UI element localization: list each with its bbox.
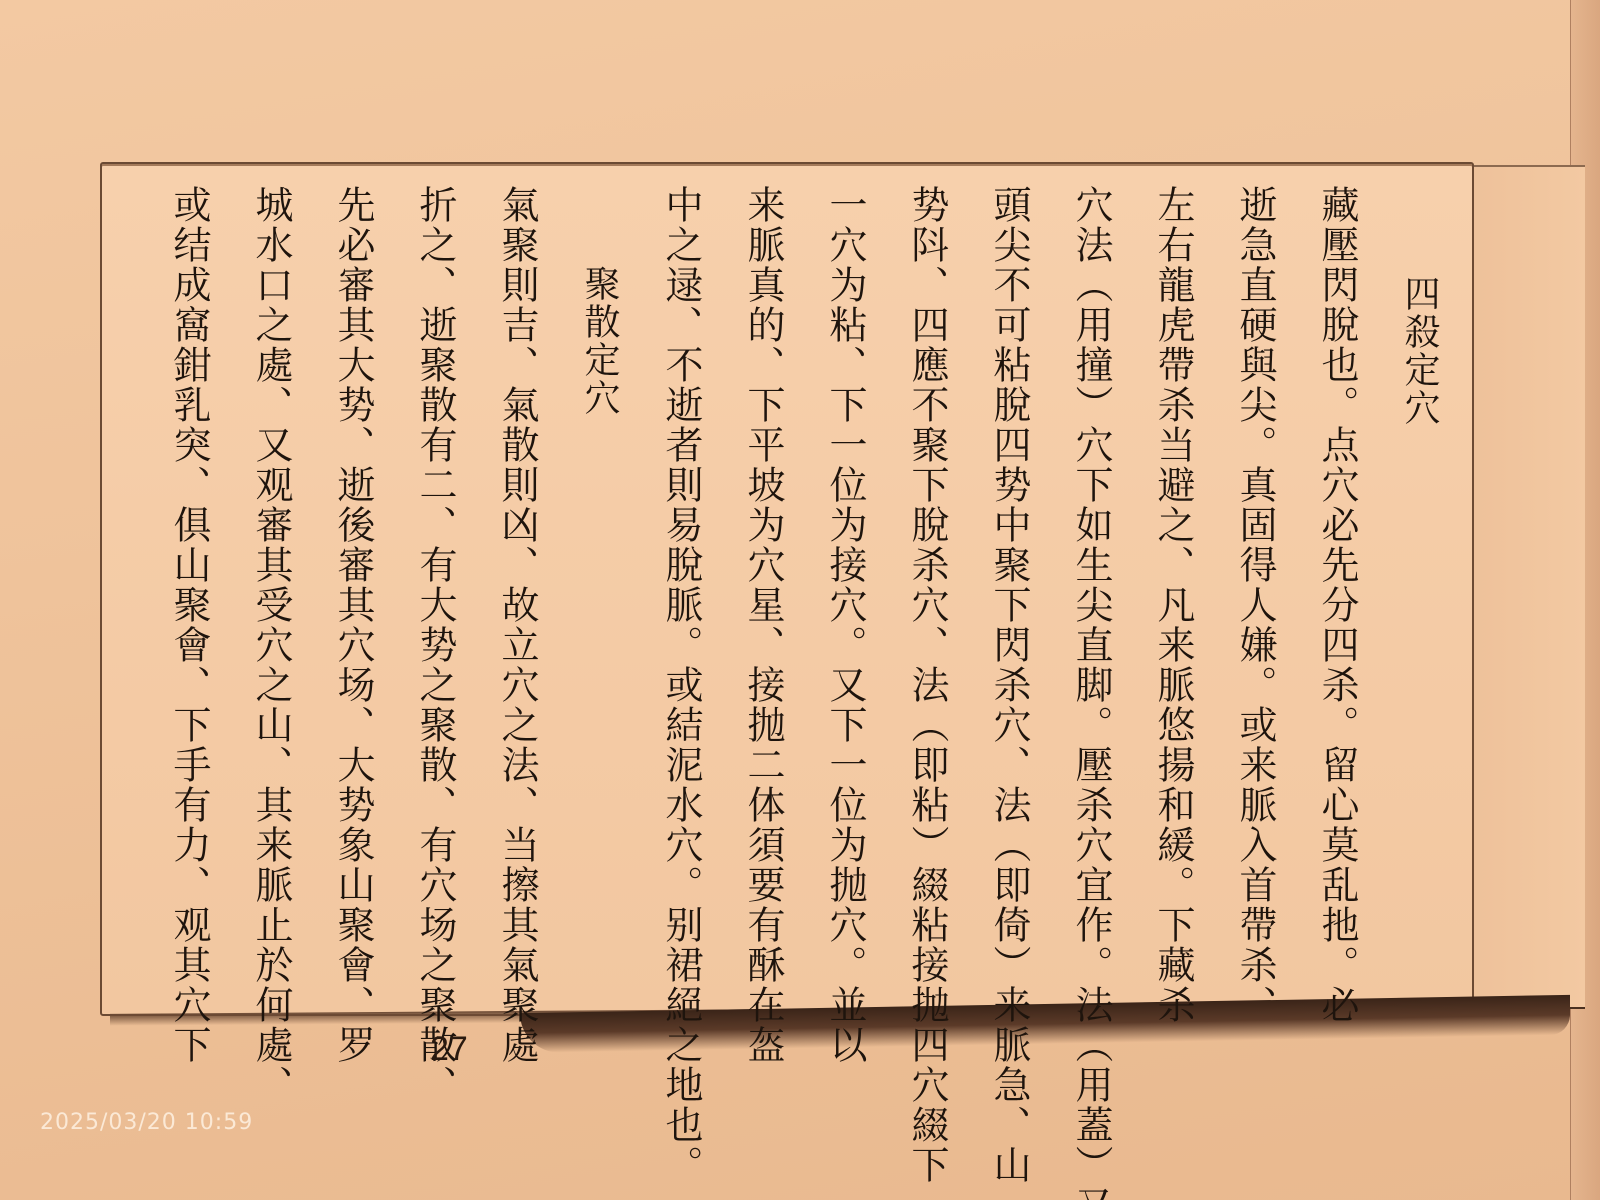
photo-timestamp: 2025/03/20 10:59 xyxy=(40,1110,253,1135)
text-column: 先必審其大势、逝後審其穴场、大势象山聚會、罗 xyxy=(312,185,394,1005)
section-title-four-sha: 四殺定穴 xyxy=(1378,185,1460,1005)
text-column: 来脈真的、下平坡为穴星、接抛二体須要有酥在盔 xyxy=(722,185,804,1005)
text-column: 頭尖不可粘脫四势中聚下閃杀穴、法（即倚）来脈急、山 xyxy=(968,185,1050,1005)
section-title-gather-scatter: 聚散定穴 xyxy=(558,185,640,1005)
text-column: 逝急直硬與尖。真固得人嫌。或来脈入首帶杀、 xyxy=(1214,185,1296,1005)
text-column: 折之、逝聚散有二、有大势之聚散、有穴场之聚散、 xyxy=(394,185,476,1005)
text-column: 中之逯、不逝者則易脫脈。或結泥水穴。别裙絕之地也。 xyxy=(640,185,722,1005)
adjacent-page-flap xyxy=(1470,165,1585,1009)
text-column: 穴法（用撞）穴下如生尖直脚。壓杀穴宜作。法（用蓋）又脈出、 xyxy=(1050,185,1132,1005)
text-column: 或结成窩鉗乳突、俱山聚會、下手有力、观其穴下 xyxy=(148,185,230,1005)
text-column: 左右龍虎帶杀当避之、凡来脈悠揚和緩。下藏杀 xyxy=(1132,185,1214,1005)
page-number: 27 xyxy=(430,1030,468,1069)
text-column: 藏壓閃脫也。点穴必先分四杀。留心莫乱扡。必 xyxy=(1296,185,1378,1005)
text-column: 城水口之處、又观審其受穴之山、其来脈止於何處、 xyxy=(230,185,312,1005)
text-column: 一穴为粘、下一位为接穴。又下一位为抛穴。並以 xyxy=(804,185,886,1005)
text-column: 势阧、四應不聚下脫杀穴、法（即粘）綴粘接抛四穴綴下 xyxy=(886,185,968,1005)
vertical-text-columns: 四殺定穴 藏壓閃脫也。点穴必先分四杀。留心莫乱扡。必 逝急直硬與尖。真固得人嫌。… xyxy=(130,185,1460,1005)
text-column: 氣聚則吉、氣散則凶、故立穴之法、当擦其氣聚處 xyxy=(476,185,558,1005)
